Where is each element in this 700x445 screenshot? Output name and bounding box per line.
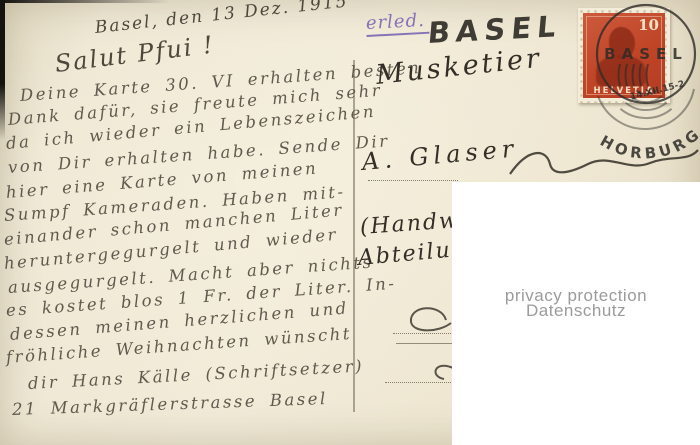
address-dotted-rule	[368, 180, 458, 181]
erled-annotation: erled.	[365, 10, 429, 37]
privacy-overlay: privacy protection Datenschutz	[452, 182, 700, 445]
postcard-scan: Basel, den 13 Dez. 1915 Salut Pfui ! Dei…	[0, 0, 700, 445]
scan-edge-top	[0, 0, 170, 3]
address-solid-rule	[396, 343, 453, 344]
handwriting-flourish	[400, 300, 456, 340]
basel-postmark-city: BASEL	[604, 45, 688, 63]
privacy-line-2: Datenschutz	[452, 303, 700, 318]
postmark-killer-bars	[619, 64, 649, 86]
privacy-overlay-text: privacy protection Datenschutz	[452, 288, 700, 318]
dateline: Basel, den 13 Dez. 1915	[94, 0, 349, 38]
address-line-musketier: Musketier	[374, 43, 543, 91]
address-dotted-rule	[393, 333, 453, 334]
message-line: 21 Markgräflerstrasse Basel	[12, 389, 328, 419]
postmarks: BASEL 14.XII.15-2 HORBURG	[540, 0, 700, 210]
greeting: Salut Pfui !	[53, 31, 216, 78]
postcard-divider-line	[353, 60, 355, 412]
address-dotted-rule	[385, 382, 451, 383]
scan-edge-left	[0, 0, 5, 140]
handwriting-flourish	[425, 360, 455, 388]
